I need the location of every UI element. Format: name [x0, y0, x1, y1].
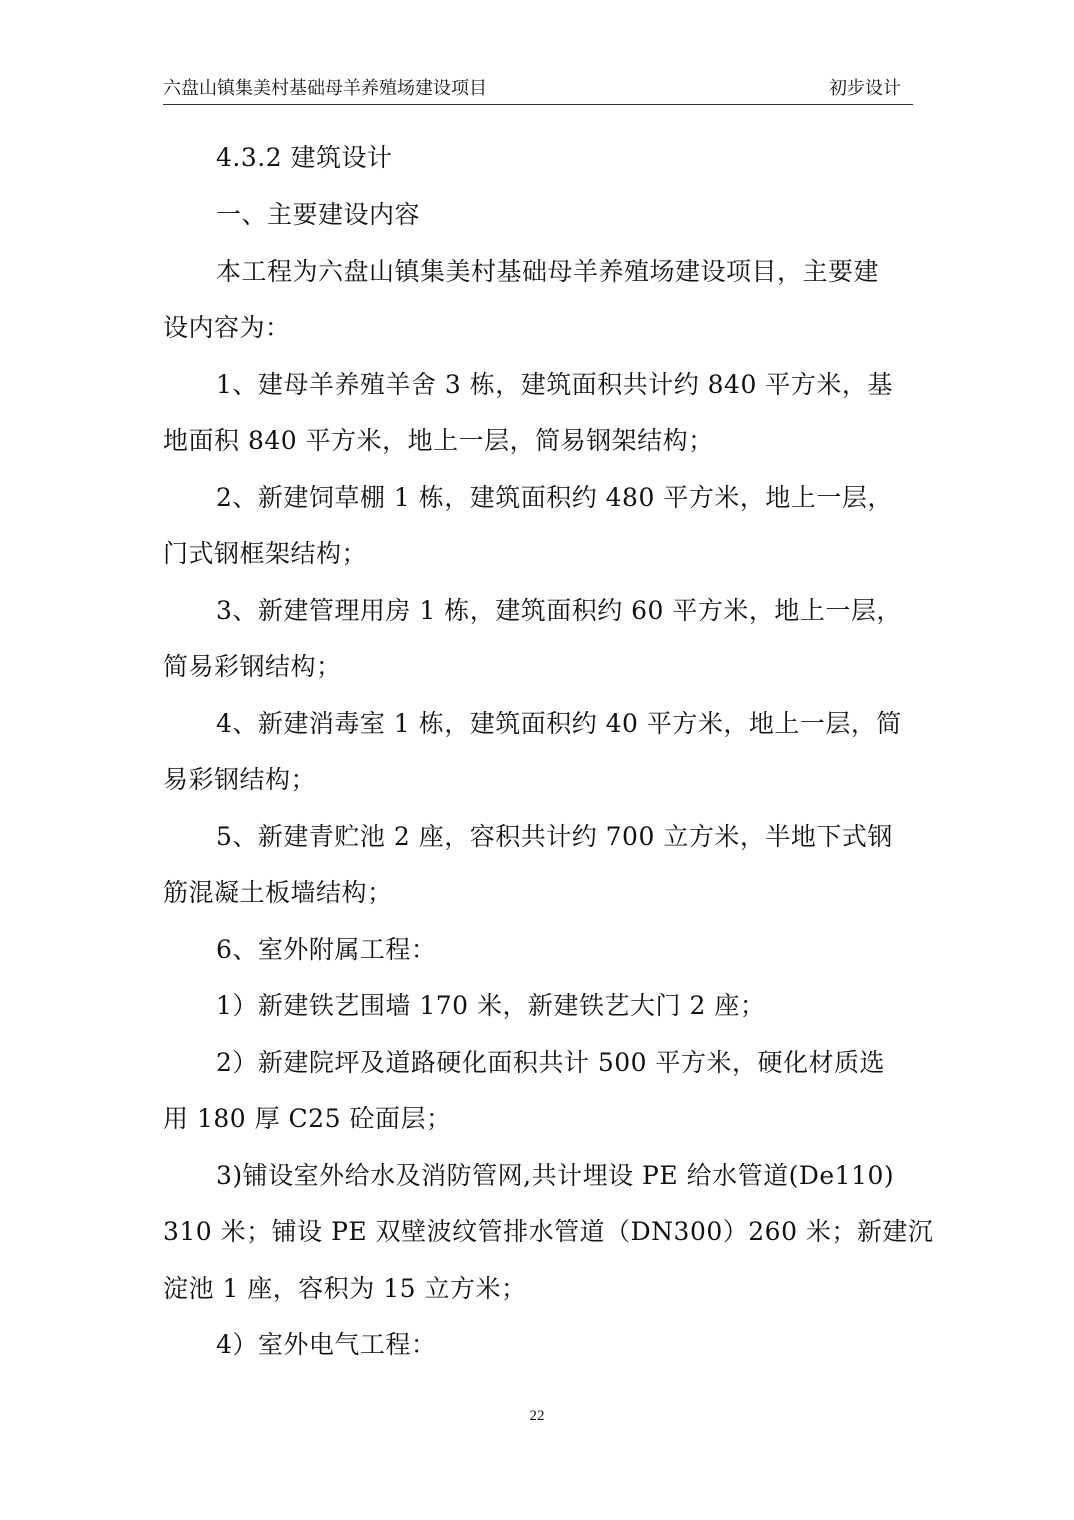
document-section-label: 初步设计	[829, 76, 901, 102]
intro-paragraph-line: 设内容为：	[163, 310, 291, 346]
sub-item-4: 4）室外电气工程：	[216, 1327, 436, 1363]
sub-item-3: 3)铺设室外给水及消防管网,共计埋设 PE 给水管道(De110)	[216, 1158, 894, 1194]
list-item-6: 6、室外附属工程：	[216, 932, 436, 968]
list-item-2: 2、新建饲草棚 1 栋，建筑面积约 480 平方米，地上一层，	[216, 480, 893, 516]
list-item-3-cont: 简易彩钢结构；	[163, 649, 342, 685]
sub-item-3-cont: 淀池 1 座，容积为 15 立方米；	[163, 1271, 527, 1307]
page-header: 六盘山镇集美村基础母羊养殖场建设项目 初步设计	[163, 76, 913, 105]
list-item-3: 3、新建管理用房 1 栋，建筑面积约 60 平方米，地上一层，	[216, 593, 902, 629]
section-heading: 4.3.2 建筑设计	[216, 140, 393, 176]
list-item-1-cont: 地面积 840 平方米，地上一层，简易钢架结构；	[163, 423, 714, 459]
list-item-2-cont: 门式钢框架结构；	[163, 536, 367, 572]
sub-item-3-cont: 310 米；铺设 PE 双壁波纹管排水管道（DN300）260 米；新建沉	[163, 1214, 933, 1250]
list-item-4-cont: 易彩钢结构；	[163, 762, 316, 798]
list-item-5: 5、新建青贮池 2 座，容积共计约 700 立方米，半地下式钢	[216, 819, 893, 855]
page-number: 22	[0, 1408, 1074, 1425]
subheading: 一、主要建设内容	[216, 197, 420, 233]
list-item-5-cont: 筋混凝土板墙结构；	[163, 875, 393, 911]
sub-item-1: 1）新建铁艺围墙 170 米，新建铁艺大门 2 座；	[216, 988, 765, 1024]
document-title: 六盘山镇集美村基础母羊养殖场建设项目	[163, 76, 487, 102]
list-item-4: 4、新建消毒室 1 栋，建筑面积约 40 平方米，地上一层，简	[216, 706, 902, 742]
list-item-1: 1、建母羊养殖羊舍 3 栋，建筑面积共计约 840 平方米，基	[216, 367, 893, 403]
sub-item-2-cont: 用 180 厚 C25 砼面层；	[163, 1101, 451, 1137]
intro-paragraph-line: 本工程为六盘山镇集美村基础母羊养殖场建设项目，主要建	[216, 254, 879, 290]
sub-item-2: 2）新建院坪及道路硬化面积共计 500 平方米，硬化材质选	[216, 1045, 885, 1081]
